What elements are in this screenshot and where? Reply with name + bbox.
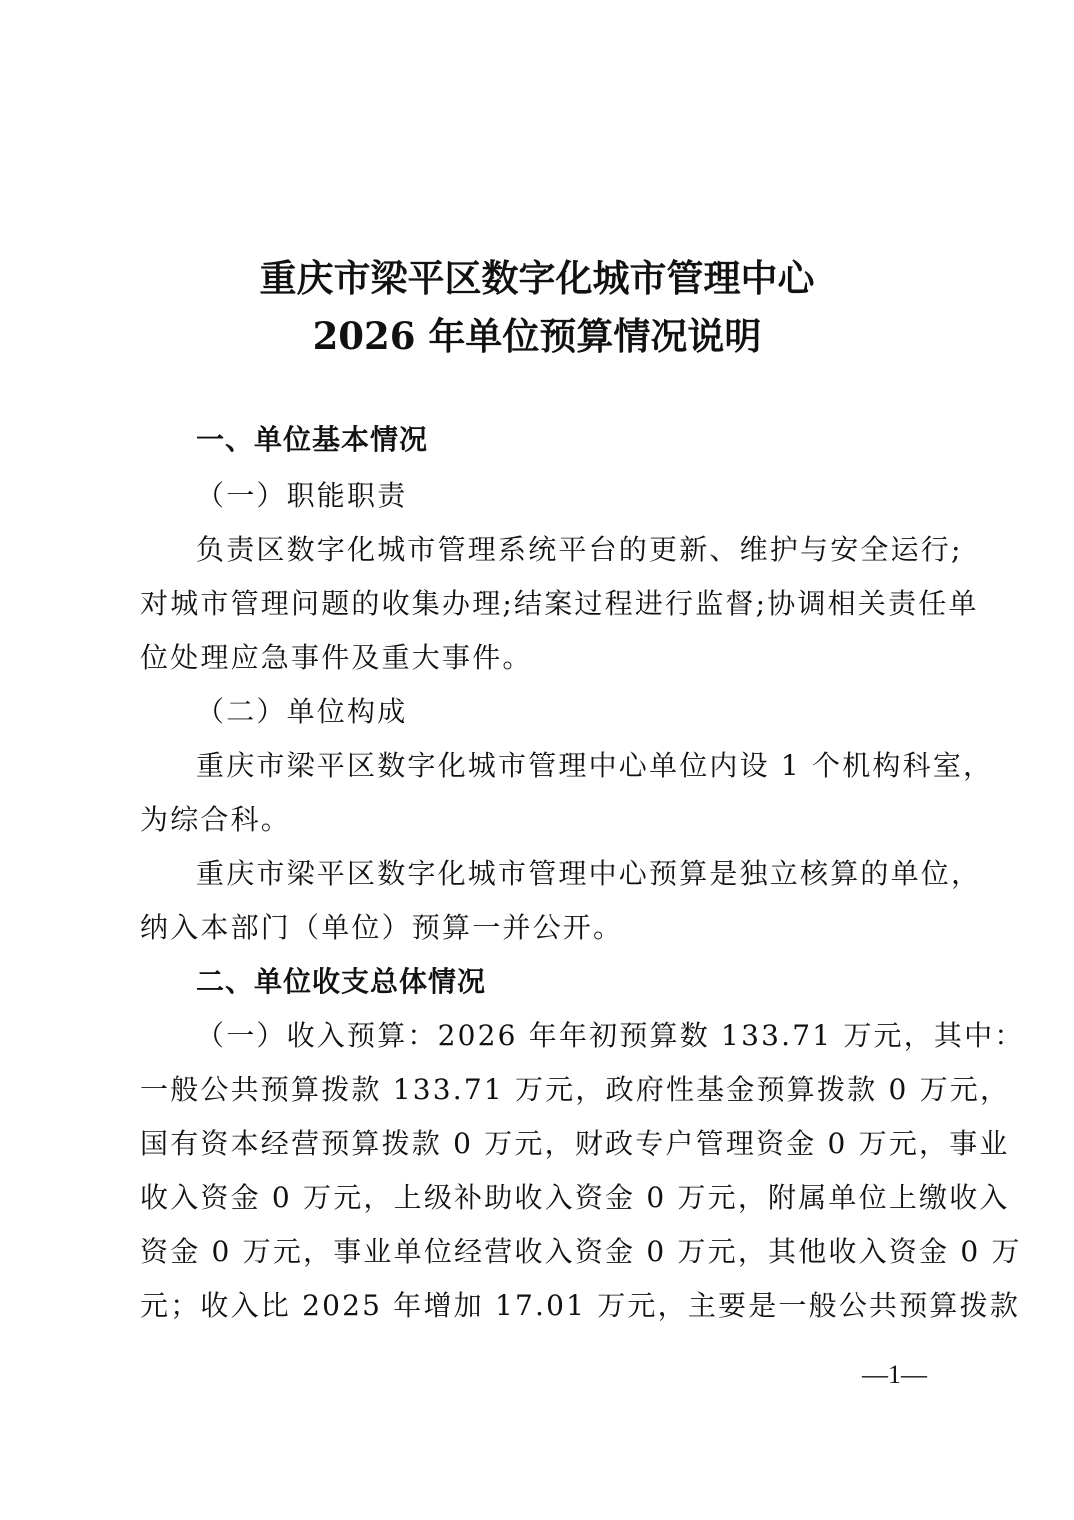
page-number: —1— (862, 1360, 927, 1390)
paragraph-line: 收入资金 0 万元，上级补助收入资金 0 万元，附属单位上缴收入 (140, 1178, 940, 1218)
paragraph-line: 纳入本部门（单位）预算一并公开。 (140, 908, 940, 948)
paragraph-line: 为综合科。 (140, 800, 940, 840)
subsection-heading: （二）单位构成 (196, 692, 940, 732)
document-title-line1: 重庆市梁平区数字化城市管理中心 (0, 248, 1074, 302)
document-title-line2: 2026 年单位预算情况说明 (0, 306, 1074, 360)
subsection-heading: （一）职能职责 (196, 476, 940, 516)
paragraph-line: 对城市管理问题的收集办理;结案过程进行监督;协调相关责任单 (140, 584, 940, 624)
paragraph-line: 位处理应急事件及重大事件。 (140, 638, 940, 678)
paragraph-line: 元；收入比 2025 年增加 17.01 万元，主要是一般公共预算拨款 (140, 1286, 940, 1326)
paragraph-line: 一般公共预算拨款 133.71 万元，政府性基金预算拨款 0 万元， (140, 1070, 940, 1110)
paragraph-line: 重庆市梁平区数字化城市管理中心单位内设 1 个机构科室， (196, 746, 940, 786)
paragraph-line: （一）收入预算：2026 年年初预算数 133.71 万元，其中： (196, 1016, 940, 1056)
paragraph-line: 资金 0 万元，事业单位经营收入资金 0 万元，其他收入资金 0 万 (140, 1232, 940, 1272)
paragraph-line: 负责区数字化城市管理系统平台的更新、维护与安全运行; (196, 530, 940, 570)
paragraph-line: 重庆市梁平区数字化城市管理中心预算是独立核算的单位， (196, 854, 940, 894)
section-heading: 一、单位基本情况 (196, 420, 940, 460)
paragraph-line: 国有资本经营预算拨款 0 万元，财政专户管理资金 0 万元，事业 (140, 1124, 940, 1164)
section-heading: 二、单位收支总体情况 (196, 962, 940, 1002)
